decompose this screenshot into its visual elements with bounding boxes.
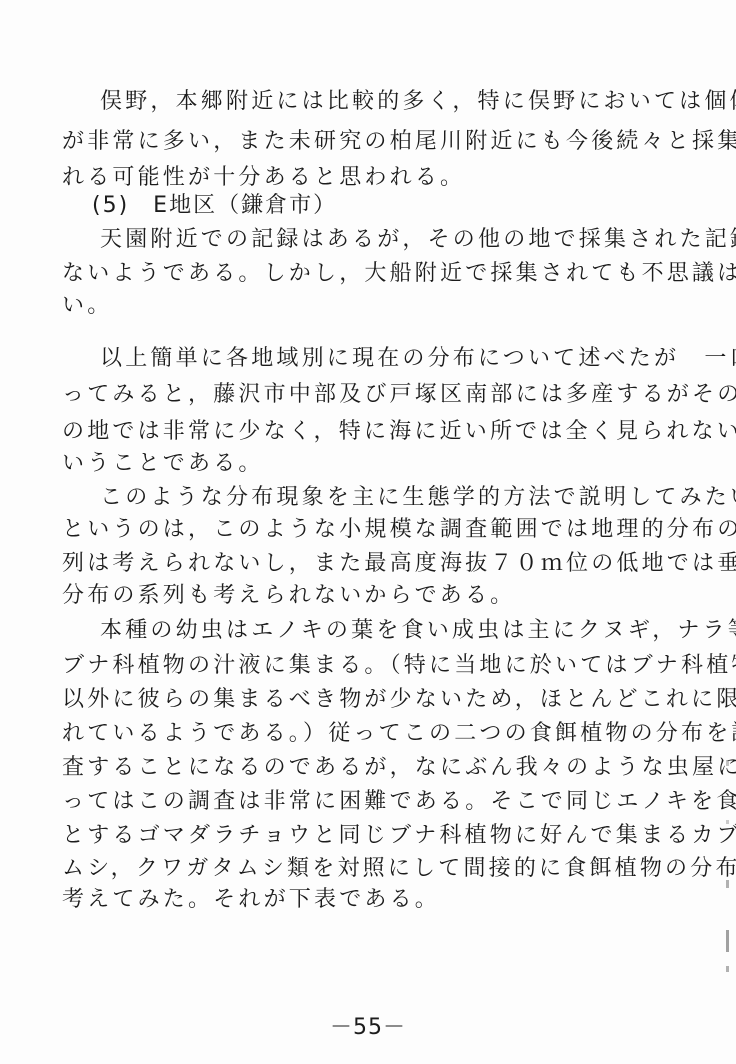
text-line: れる可能性が十分あると思われる。 xyxy=(62,164,465,192)
text-line: い。 xyxy=(62,292,112,320)
text-line: れているようである。）従ってこの二つの食餌植物の分布を調 xyxy=(62,720,736,748)
text-line: 天園附近での記録はあるが，その他の地で採集された記録は xyxy=(100,226,736,254)
text-line: 俣野，本郷附近には比較的多く，特に俣野においては個体数 xyxy=(100,88,736,116)
text-line: 分布の系列も考えられないからである。 xyxy=(62,582,515,610)
text-line: いうことである。 xyxy=(62,450,264,478)
text-line: ってみると，藤沢市中部及び戸塚区南部には多産するがその他 xyxy=(62,381,736,409)
page-number: －55－ xyxy=(0,1010,736,1041)
document-page: 俣野，本郷附近には比較的多く，特に俣野においては個体数 が非常に多い，また未研究… xyxy=(0,0,736,1064)
text-line: ムシ，クワガタムシ類を対照にして間接的に食餌植物の分布を xyxy=(62,855,736,883)
text-line: というのは，このような小規模な調査範囲では地理的分布の系 xyxy=(62,516,736,544)
text-line: ってはこの調査は非常に困難である。そこで同じエノキを食草 xyxy=(62,788,736,816)
text-line: 考えてみた。それが下表である。 xyxy=(62,886,440,914)
text-line: ブナ科植物の汁液に集まる。（特に当地に於いてはブナ科植物 xyxy=(62,652,736,680)
text-line: の地では非常に少なく，特に海に近い所では全く見られないと xyxy=(62,418,736,446)
text-line: 以上簡単に各地域別に現在の分布について述べたが 一口し xyxy=(100,345,736,373)
text-line: 以外に彼らの集まるべき物が少ないため，ほとんどこれに限ら xyxy=(62,686,736,714)
scan-edge-marks xyxy=(724,740,734,980)
section-heading: (5) E地区（鎌倉市） xyxy=(92,192,337,220)
text-line: 列は考えられないし，また最高度海抜７０ｍ位の低地では垂直 xyxy=(62,550,736,578)
text-line: ないようである。しかし，大船附近で採集されても不思議はな xyxy=(62,260,736,288)
text-line: このような分布現象を主に生態学的方法で説明してみたい。 xyxy=(100,484,736,512)
text-line: が非常に多い，また未研究の柏尾川附近にも今後続々と採集さ xyxy=(62,128,736,156)
text-line: 本種の幼虫はエノキの葉を食い成虫は主にクヌギ，ナラ等の xyxy=(100,617,736,645)
text-line: 査することになるのであるが，なにぶん我々のような虫屋にと xyxy=(62,754,736,782)
text-line: とするゴマダラチョウと同じブナ科植物に好んで集まるカブト xyxy=(62,822,736,850)
